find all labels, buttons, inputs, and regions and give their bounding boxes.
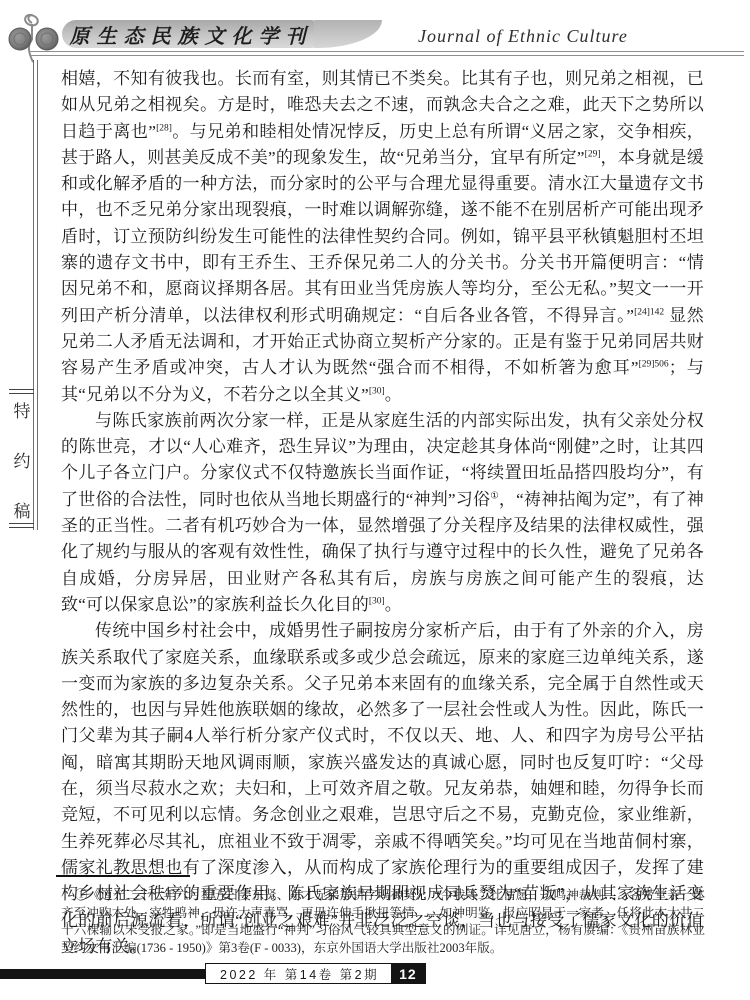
footer-issue-text: 2022 年 第14卷 第2期 <box>206 964 391 983</box>
journal-title-banner: 原生态民族文化学刊 <box>62 20 314 48</box>
page-footer: 2022 年 第14卷 第2期 12 <box>0 963 426 984</box>
article-body: 相嬉，不知有彼我也。长而有室，则其情已不类矣。比其有子也，则兄弟之相视，已如从兄… <box>61 66 704 960</box>
journal-logo-icon <box>6 10 62 66</box>
footnote-text: ①《道光二十七年六月初五日姜东贤、东才兄弟等讲字鸣神契》：“今我等二比情愿，以鸣… <box>61 887 705 957</box>
sidebar-rule-bottom <box>9 523 34 528</box>
journal-title-en: Journal of Ethnic Culture <box>418 26 678 47</box>
footnote-separator <box>56 875 190 877</box>
header-double-rule <box>30 51 744 56</box>
article-paragraph-2: 与陈氏家族前两次分家一样，正是从家庭生活的内部实际出发，执有父亲处分权的陈世亮，… <box>61 408 704 618</box>
page-number: 12 <box>391 964 425 983</box>
footer-black-bar <box>0 969 205 979</box>
sidebar-label-char-2: 约 <box>11 447 33 472</box>
article-paragraph-1: 相嬉，不知有彼我也。长而有室，则其情已不类矣。比其有子也，则兄弟之相视，已如从兄… <box>61 66 704 408</box>
sidebar-label-char-3: 稿 <box>11 497 33 522</box>
footer-issue-box: 2022 年 第14卷 第2期 12 <box>205 963 426 984</box>
sidebar-label-char-1: 特 <box>11 397 33 422</box>
journal-page: 原生态民族文化学刊 Journal of Ethnic Culture 特 约 … <box>0 0 750 1000</box>
journal-title-cn: 原生态民族文化学刊 <box>64 20 313 49</box>
sidebar-rule-top <box>9 389 34 394</box>
sidebar-vertical-rule <box>33 60 38 530</box>
